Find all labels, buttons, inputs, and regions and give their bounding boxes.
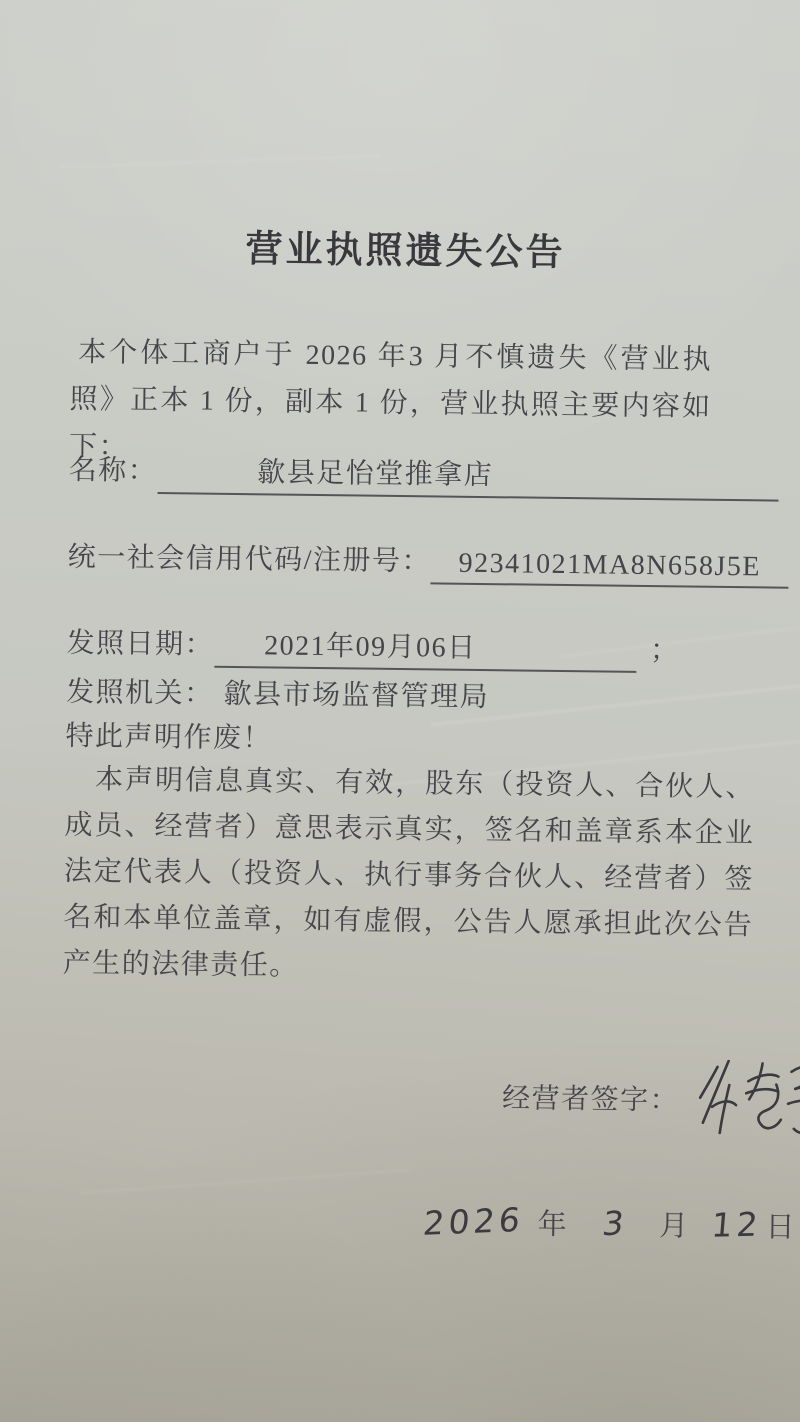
declaration-paragraph: 本声明信息真实、有效，股东（投资人、合伙人、成员、经营者）意思表示真实，签名和盖… [62, 757, 755, 995]
credit-code-field-row: 统一社会信用代码/注册号： 92341021MA8N658J5E [67, 535, 788, 589]
void-statement: 特此声明作废！ [65, 714, 272, 757]
credit-code-value-underlined: 92341021MA8N658J5E [431, 547, 789, 588]
date-day-handwritten: 12 [710, 1205, 763, 1245]
issue-date-value-underlined: 2021年09月06日 [214, 623, 637, 673]
operator-signature-row: 经营者签字： [502, 1076, 800, 1152]
license-loss-announcement-document: 营业执照遗失公告 本个体工商户于 2026 年3 月不慎遗失《营业执照》正本 1… [0, 0, 800, 1422]
name-value-underlined: 歙县足怡堂推拿店 [157, 449, 779, 502]
issue-date-label: 发照日期： [66, 621, 214, 668]
date-month-unit: 月 [659, 1203, 690, 1244]
issue-authority-value: 歙县市场监督管理局 [223, 672, 489, 720]
handwritten-signature [695, 1051, 800, 1153]
signature-label: 经营者签字： [502, 1076, 679, 1118]
signature-strokes-svg [695, 1051, 800, 1153]
issue-date-suffix: ； [650, 628, 680, 673]
issue-authority-field-row: 发照机关： 歙县市场监督管理局 [66, 670, 490, 720]
handwritten-date-row: 2026 年 3 月 12 日 [423, 1200, 796, 1246]
name-field-row: 名称： 歙县足怡堂推拿店 [69, 448, 779, 502]
name-label: 名称： [69, 448, 158, 494]
issue-date-field-row: 发照日期： 2021年09月06日 ； [66, 621, 680, 673]
date-year-handwritten: 2026 [421, 1200, 526, 1243]
date-month-handwritten: 3 [600, 1203, 630, 1243]
document-title: 营业执照遗失公告 [5, 215, 800, 279]
date-day-unit: 日 [765, 1205, 796, 1246]
credit-code-label: 统一社会信用代码/注册号： [67, 535, 431, 584]
issue-authority-label: 发照机关： [66, 670, 214, 717]
date-year-unit: 年 [537, 1202, 568, 1243]
